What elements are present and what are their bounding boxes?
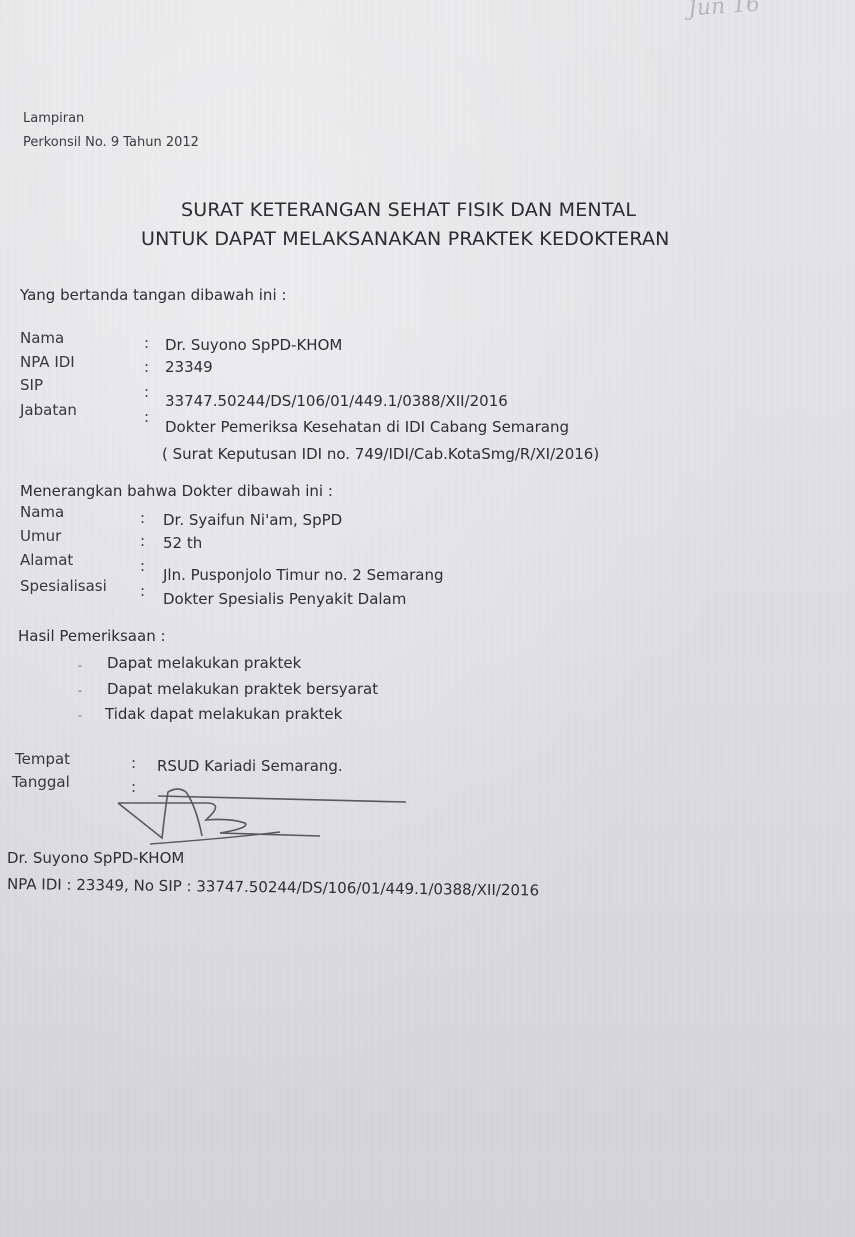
subject-age-label: Umur	[20, 527, 61, 545]
handwritten-note: Jun 16	[687, 0, 761, 21]
colon: :	[144, 383, 149, 401]
signer-position-label: Jabatan	[20, 401, 77, 419]
signer-sip-value: 33747.50244/DS/106/01/449.1/0388/XII/201…	[165, 392, 508, 410]
result-heading: Hasil Pemeriksaan :	[18, 627, 166, 645]
result-option-cannot-practice: Tidak dapat melakukan praktek	[105, 705, 342, 723]
bullet-icon: -	[78, 684, 82, 697]
bullet-icon: -	[78, 659, 82, 672]
colon: :	[140, 557, 145, 575]
paper-texture	[0, 0, 855, 1237]
signature-mark	[110, 778, 410, 848]
colon: :	[140, 532, 145, 550]
subject-address-label: Alamat	[20, 551, 73, 569]
colon: :	[140, 509, 145, 527]
footer-signer-ids: NPA IDI : 23349, No SIP : 33747.50244/DS…	[7, 875, 539, 899]
subject-specialization-value: Dokter Spesialis Penyakit Dalam	[163, 590, 406, 608]
result-option-can-practice: Dapat melakukan praktek	[107, 654, 301, 672]
colon: :	[144, 408, 149, 426]
signer-name-label: Nama	[20, 329, 64, 347]
place-value: RSUD Kariadi Semarang.	[157, 757, 343, 775]
attachment-label: Lampiran	[23, 111, 84, 126]
subject-specialization-label: Spesialisasi	[20, 577, 107, 595]
document-title-line1: SURAT KETERANGAN SEHAT FISIK DAN MENTAL	[181, 199, 636, 221]
colon: :	[144, 358, 149, 376]
bullet-icon: -	[78, 709, 82, 722]
signer-npa-label: NPA IDI	[20, 353, 75, 371]
document-title-line2: UNTUK DAPAT MELAKSANAKAN PRAKTEK KEDOKTE…	[141, 228, 670, 250]
colon: :	[131, 754, 136, 772]
subject-intro: Menerangkan bahwa Dokter dibawah ini :	[20, 482, 333, 500]
place-label: Tempat	[15, 750, 70, 768]
date-label: Tanggal	[12, 773, 70, 791]
subject-name-label: Nama	[20, 503, 64, 521]
colon: :	[140, 582, 145, 600]
signer-npa-value: 23349	[165, 358, 213, 376]
subject-age-value: 52 th	[163, 534, 202, 552]
result-option-conditional: Dapat melakukan praktek bersyarat	[107, 680, 378, 698]
intro-text: Yang bertanda tangan dibawah ini :	[20, 286, 286, 304]
signer-position-value: Dokter Pemeriksa Kesehatan di IDI Cabang…	[165, 418, 569, 436]
signer-name-value: Dr. Suyono SpPD-KHOM	[165, 336, 342, 354]
signer-sip-label: SIP	[20, 376, 43, 394]
footer-signer-name: Dr. Suyono SpPD-KHOM	[7, 849, 184, 867]
subject-name-value: Dr. Syaifun Ni'am, SpPD	[163, 511, 342, 529]
subject-address-value: Jln. Pusponjolo Timur no. 2 Semarang	[163, 566, 444, 584]
signer-decree-reference: ( Surat Keputusan IDI no. 749/IDI/Cab.Ko…	[162, 445, 599, 463]
colon: :	[144, 334, 149, 352]
regulation-reference: Perkonsil No. 9 Tahun 2012	[23, 135, 199, 150]
